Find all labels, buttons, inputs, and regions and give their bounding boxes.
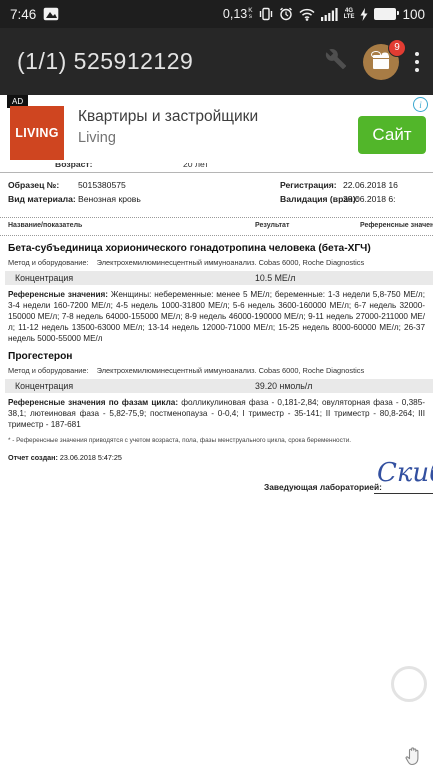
reference-label: Референсные значения по фазам цикла: bbox=[8, 398, 178, 407]
ad-subtitle: Living bbox=[78, 130, 258, 146]
wifi-icon bbox=[299, 8, 315, 21]
vibrate-icon bbox=[259, 7, 273, 21]
age-value: 20 лет bbox=[183, 163, 208, 169]
notification-badge: 9 bbox=[388, 39, 406, 57]
method-line: Метод и оборудование: Электрохемилюминес… bbox=[8, 258, 425, 267]
sample-number-value: 5015380575 bbox=[78, 180, 126, 190]
material-type-value: Венозная кровь bbox=[78, 194, 141, 204]
reference-values-progesterone: Референсные значения по фазам цикла: фол… bbox=[8, 397, 425, 430]
page-title: (1/1) 525912129 bbox=[0, 48, 193, 75]
battery-icon bbox=[374, 8, 396, 20]
status-bar: 7:46 0,13 Ks 4GLTE 100 bbox=[0, 0, 433, 28]
network-type-indicator: 4GLTE bbox=[344, 8, 355, 20]
method-label: Метод и оборудование: bbox=[8, 366, 89, 375]
col-reference-header: Референсные значения bbox=[360, 222, 433, 229]
lab-report-document[interactable]: Возраст: 20 лет Образец №: 5015380575 Ре… bbox=[0, 163, 433, 770]
alarm-icon bbox=[279, 7, 293, 21]
ad-text-block[interactable]: Квартиры и застройщики Living bbox=[78, 108, 258, 146]
ad-banner[interactable]: AD LIVING i Квартиры и застройщики Livin… bbox=[0, 95, 433, 164]
scroll-handle-bubble[interactable] bbox=[391, 666, 427, 702]
method-line: Метод и оборудование: Электрохемилюминес… bbox=[8, 366, 425, 375]
clipped-age-row: Возраст: 20 лет bbox=[0, 163, 433, 173]
lab-head-label: Заведующая лабораторией: bbox=[264, 482, 382, 492]
validation-value: 23.06.2018 6: bbox=[343, 194, 396, 204]
result-row-progesterone: Концентрация 39.20 нмоль/л bbox=[5, 379, 433, 393]
created-value: 23.06.2018 5:47:25 bbox=[60, 453, 122, 462]
method-label: Метод и оборудование: bbox=[8, 258, 89, 267]
charging-bolt-icon bbox=[360, 8, 368, 21]
signature-line bbox=[374, 493, 433, 494]
registration-label: Регистрация: bbox=[280, 180, 337, 190]
sample-number-label: Образец №: bbox=[8, 180, 59, 190]
signature: Скиб bbox=[377, 458, 433, 488]
age-label: Возраст: bbox=[55, 163, 93, 169]
created-label: Отчет создан: bbox=[8, 453, 58, 462]
sample-info-block: Образец №: 5015380575 Регистрация: 22.06… bbox=[0, 180, 433, 212]
col-name-header: Название/показатель bbox=[8, 222, 82, 229]
method-value: Электрохемилюминесцентный иммуноанализ. … bbox=[97, 366, 365, 375]
app-header: (1/1) 525912129 9 bbox=[0, 28, 433, 95]
results-table-header: Название/показатель Результат Референсны… bbox=[0, 217, 433, 236]
gift-offer-button[interactable]: 9 bbox=[363, 44, 399, 80]
reference-label: Референсные значения: bbox=[8, 290, 108, 299]
section-title-progesterone: Прогестерон bbox=[8, 351, 425, 362]
ad-info-icon[interactable]: i bbox=[413, 97, 428, 112]
method-value: Электрохемилюминесцентный иммуноанализ. … bbox=[97, 258, 365, 267]
overflow-menu-button[interactable] bbox=[415, 52, 419, 72]
report-created-line: Отчет создан: 23.06.2018 5:47:25 bbox=[8, 453, 433, 462]
result-row-bhcg: Концентрация 10.5 МЕ/л bbox=[5, 271, 433, 285]
advertiser-logo[interactable]: LIVING bbox=[10, 106, 64, 160]
material-type-label: Вид материала: bbox=[8, 194, 76, 204]
battery-percent: 100 bbox=[402, 7, 425, 22]
col-result-header: Результат bbox=[255, 222, 289, 229]
signal-strength-icon bbox=[321, 8, 338, 21]
result-label: Концентрация bbox=[15, 273, 73, 283]
tools-wrench-icon[interactable] bbox=[325, 48, 347, 75]
footnote: * - Референсные значения приводятся с уч… bbox=[8, 437, 425, 444]
registration-value: 22.06.2018 16 bbox=[343, 180, 398, 190]
screenshot-notification-icon bbox=[43, 7, 59, 21]
phone-screen: { "status_bar": { "time": "7:46", "speed… bbox=[0, 0, 433, 770]
result-label: Концентрация bbox=[15, 381, 73, 391]
ad-site-button[interactable]: Сайт bbox=[358, 116, 426, 154]
result-value: 39.20 нмоль/л bbox=[255, 381, 312, 391]
signature-row: Заведующая лабораторией: Скиб bbox=[0, 462, 433, 508]
reference-values-bhcg: Референсные значения: Женщины: неберемен… bbox=[8, 289, 425, 344]
result-value: 10.5 МЕ/л bbox=[255, 273, 295, 283]
hand-cursor-icon bbox=[403, 743, 427, 770]
section-title-bhcg: Бета-субъединица хорионического гонадотр… bbox=[8, 243, 425, 254]
clock-time: 7:46 bbox=[10, 7, 36, 22]
network-speed: 0,13 Ks bbox=[223, 7, 253, 21]
ad-title: Квартиры и застройщики bbox=[78, 108, 258, 126]
